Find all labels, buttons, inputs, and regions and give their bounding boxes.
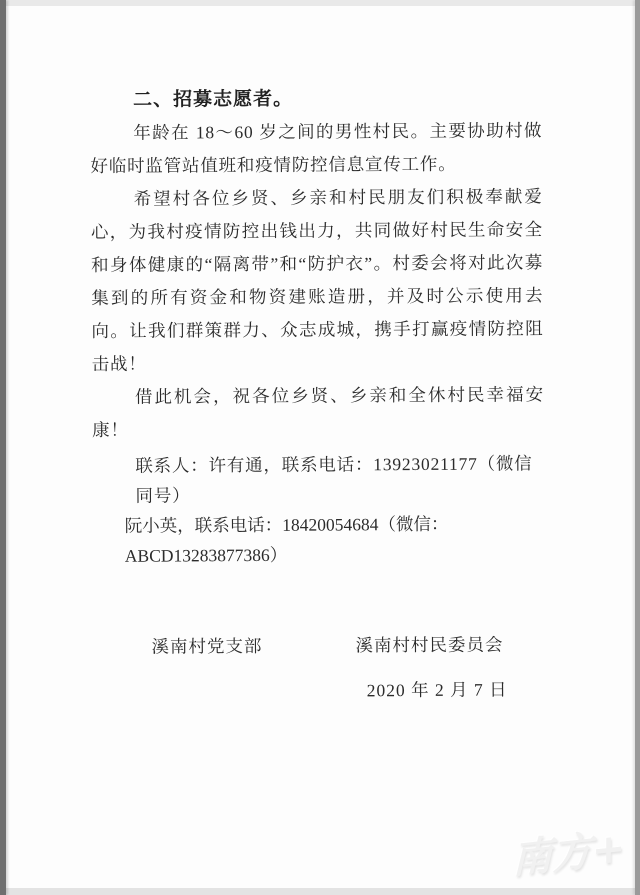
photo-edge-top <box>0 0 640 6</box>
signature-row: 溪南村党支部 溪南村村民委员会 <box>93 628 545 664</box>
photo-edge-bottom <box>0 888 640 895</box>
photo-edge-left <box>0 0 6 895</box>
section-heading: 二、招募志愿者。 <box>90 81 542 117</box>
date-line: 2020 年 2 月 7 日 <box>94 673 546 709</box>
contact-line-2: 阮小英，联系电话：18420054684（微信：ABCD13283877386） <box>93 508 545 571</box>
document-photo: 二、招募志愿者。 年龄在 18～60 岁之间的男性村民。主要协助村做好临时监管站… <box>0 0 640 895</box>
contact-line-1: 联系人：许有通，联系电话：13923021177（微信同号） <box>92 448 544 511</box>
notice-body: 二、招募志愿者。 年龄在 18～60 岁之间的男性村民。主要协助村做好临时监管站… <box>90 81 546 709</box>
signature-party-branch: 溪南村党支部 <box>151 630 262 664</box>
paragraph-volunteer-requirements: 年龄在 18～60 岁之间的男性村民。主要协助村做好临时监管站值班和疫情防控信息… <box>90 114 542 183</box>
photo-edge-right <box>635 0 640 895</box>
signature-village-committee: 溪南村村民委员会 <box>355 628 503 662</box>
contact-block: 联系人：许有通，联系电话：13923021177（微信同号） 阮小英，联系电话：… <box>92 448 545 571</box>
nanfang-plus-watermark: 南方+ <box>512 816 625 885</box>
paragraph-wishes: 借此机会，祝各位乡贤、乡亲和全休村民幸福安康！ <box>92 378 544 447</box>
paragraph-donation-appeal: 希望村各位乡贤、乡亲和村民朋友们积极奉献爱心，为我村疫情防控出钱出力，共同做好村… <box>91 180 544 381</box>
